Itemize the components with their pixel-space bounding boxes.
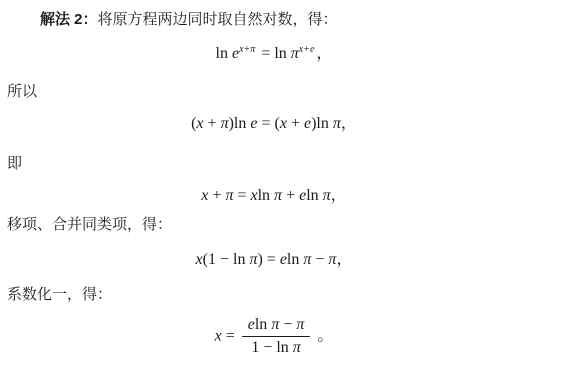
formula-segment: + [282,187,299,204]
formula-segment: ln [287,251,303,268]
formula-segment: x [250,187,257,204]
formula-segment: − [311,251,328,268]
formula-segment: ln [306,187,322,204]
connector-suoyi: 所以 [7,80,37,101]
formula-segment: e [280,251,287,268]
connector-xishu: 系数化一，得： [7,283,112,304]
fraction: eln π − π1 − ln π [242,316,311,358]
formula-segment: x [280,115,287,132]
connector-ji: 即 [7,152,22,173]
formula-segment: e [248,316,255,333]
formula-segment: π [293,339,301,356]
formula-simplified: x + π = xln π + eln π， [0,182,548,205]
formula-segment: (1 − ln [203,251,250,268]
formula-segment: π [296,316,304,333]
formula-segment: π [323,187,331,204]
formula-segment: x [215,328,222,345]
formula-factored: x(1 − ln π) = eln π − π， [0,246,548,269]
formula-segment: π [221,115,229,132]
formula-segment: x [196,115,203,132]
formula-segment: ln [255,316,271,333]
formula-segment: ， [316,45,332,62]
formula-expanded: (x + π)ln e = (x + e)ln π， [0,110,548,133]
formula-segment: = [222,328,239,345]
formula-segment: 。 [313,328,333,345]
formula-segment: x [196,251,203,268]
solution-label: 解法 2： [40,11,98,28]
formula-segment: x+e [299,44,315,55]
connector-yixiang: 移项、合并同类项，得： [7,213,172,234]
formula-segment: ， [341,115,357,132]
formula-segment: + [208,187,225,204]
solution-heading: 解法 2：将原方程两边同时取自然对数，得： [40,8,338,29]
formula-segment: ， [336,251,352,268]
solution-heading-text: 将原方程两边同时取自然对数，得： [98,11,338,28]
formula-segment: = [233,187,250,204]
formula-segment: 1 − ln [251,339,292,356]
formula-segment: = ln [257,45,290,62]
formula-result: x = eln π − π1 − ln π 。 [0,316,548,358]
formula-segment: π [333,115,341,132]
formula-segment: )ln [229,115,251,132]
formula-segment: ln [216,45,232,62]
formula-segment: e [304,115,311,132]
fraction-denominator: 1 − ln π [242,337,311,357]
formula-segment: ， [331,187,347,204]
formula-segment: x+π [239,44,255,55]
formula-segment: + [287,115,304,132]
formula-segment: )ln [311,115,333,132]
fraction-numerator: eln π − π [242,316,311,337]
math-solution-document: 解法 2：将原方程两边同时取自然对数，得： ln ex+π = ln πx+e，… [0,0,579,367]
formula-segment: − [279,316,296,333]
formula-segment: ln [258,187,274,204]
formula-segment: ) = [257,251,279,268]
formula-segment: π [291,45,299,62]
formula-ln-both-sides: ln ex+π = ln πx+e， [0,40,548,63]
formula-segment: + [204,115,221,132]
formula-segment: π [274,187,282,204]
formula-segment: = ( [257,115,279,132]
